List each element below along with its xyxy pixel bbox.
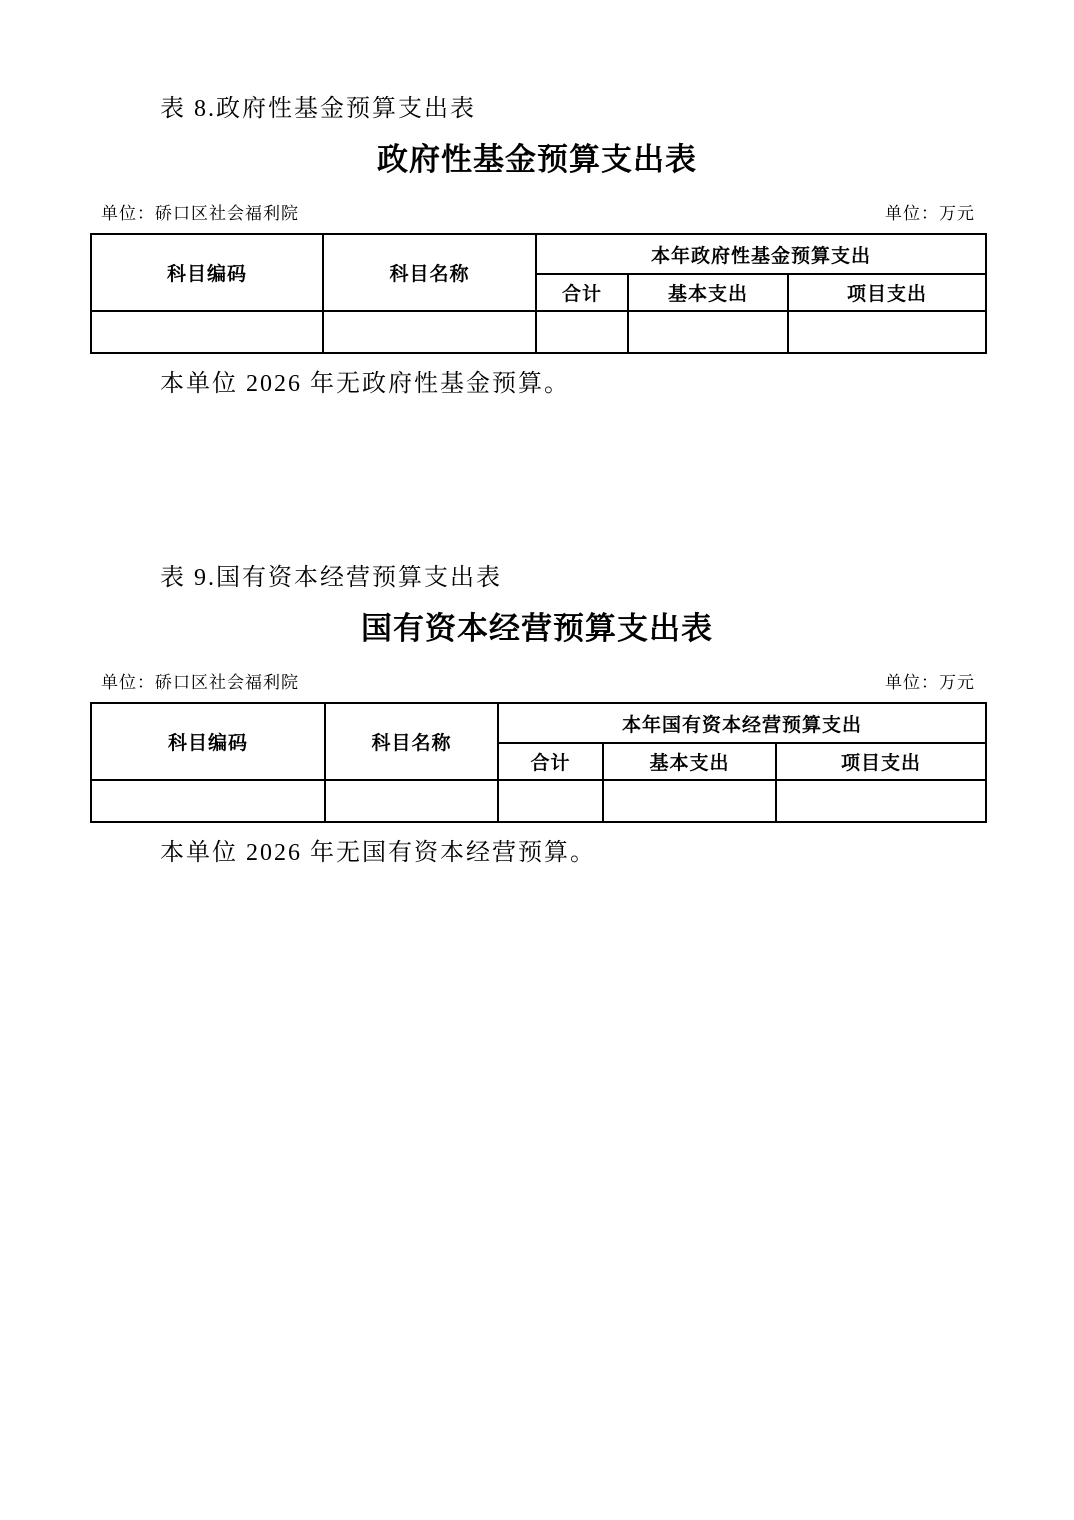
table-8-label: 表 8.政府性基金预算支出表 bbox=[160, 88, 476, 123]
section-government-fund-budget: 表 8.政府性基金预算支出表 政府性基金预算支出表 单位：硚口区社会福利院 单位… bbox=[0, 0, 1074, 469]
unit-row: 单位：硚口区社会福利院 单位：万元 bbox=[101, 668, 975, 693]
government-fund-budget-table: 科目编码 科目名称 本年政府性基金预算支出 合计 基本支出 项目支出 bbox=[90, 233, 987, 354]
header-basic-expenditure: 基本支出 bbox=[603, 743, 776, 780]
document-page: 表 8.政府性基金预算支出表 政府性基金预算支出表 单位：硚口区社会福利院 单位… bbox=[0, 0, 1074, 1520]
table-9-title: 国有资本经营预算支出表 bbox=[0, 603, 1074, 648]
header-subject-name: 科目名称 bbox=[325, 703, 498, 780]
header-subject-code: 科目编码 bbox=[91, 703, 325, 780]
header-project-expenditure: 项目支出 bbox=[788, 274, 986, 311]
no-budget-note: 本单位 2026 年无国有资本经营预算。 bbox=[160, 832, 596, 867]
state-capital-budget-table: 科目编码 科目名称 本年国有资本经营预算支出 合计 基本支出 项目支出 bbox=[90, 702, 987, 823]
cell-project-expenditure bbox=[776, 780, 986, 822]
header-total: 合计 bbox=[498, 743, 603, 780]
table-8-title: 政府性基金预算支出表 bbox=[0, 134, 1074, 179]
cell-subject-name bbox=[323, 311, 536, 353]
header-total: 合计 bbox=[536, 274, 628, 311]
unit-row: 单位：硚口区社会福利院 单位：万元 bbox=[101, 199, 975, 224]
unit-name-label: 单位：硚口区社会福利院 bbox=[101, 668, 299, 693]
unit-name-label: 单位：硚口区社会福利院 bbox=[101, 199, 299, 224]
section-state-capital-budget: 表 9.国有资本经营预算支出表 国有资本经营预算支出表 单位：硚口区社会福利院 … bbox=[0, 469, 1074, 938]
cell-project-expenditure bbox=[788, 311, 986, 353]
header-subject-code: 科目编码 bbox=[91, 234, 323, 311]
cell-basic-expenditure bbox=[603, 780, 776, 822]
unit-currency-label: 单位：万元 bbox=[885, 199, 975, 224]
cell-total bbox=[536, 311, 628, 353]
cell-subject-name bbox=[325, 780, 498, 822]
no-budget-note: 本单位 2026 年无政府性基金预算。 bbox=[160, 363, 570, 398]
header-basic-expenditure: 基本支出 bbox=[628, 274, 788, 311]
table-9-label: 表 9.国有资本经营预算支出表 bbox=[160, 557, 502, 592]
header-subject-name: 科目名称 bbox=[323, 234, 536, 311]
cell-subject-code bbox=[91, 780, 325, 822]
cell-subject-code bbox=[91, 311, 323, 353]
header-project-expenditure: 项目支出 bbox=[776, 743, 986, 780]
cell-total bbox=[498, 780, 603, 822]
header-group: 本年政府性基金预算支出 bbox=[536, 234, 986, 274]
cell-basic-expenditure bbox=[628, 311, 788, 353]
header-group: 本年国有资本经营预算支出 bbox=[498, 703, 986, 743]
table-row bbox=[91, 311, 986, 353]
unit-currency-label: 单位：万元 bbox=[885, 668, 975, 693]
table-row bbox=[91, 780, 986, 822]
